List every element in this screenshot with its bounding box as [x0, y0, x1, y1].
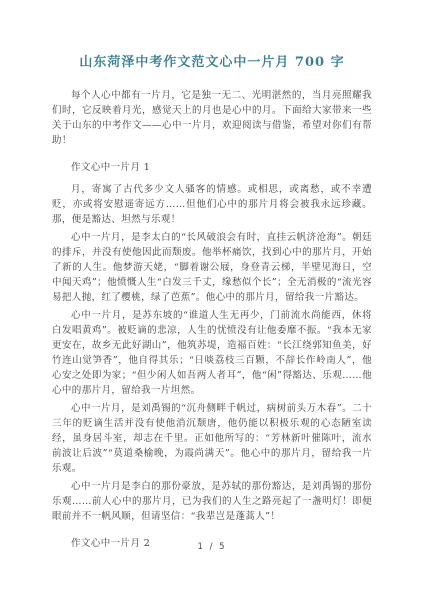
- document-page: 山东菏泽中考作文范文心中一片月 700 字 每个人心中都有一片月，它是独一无二、…: [0, 0, 424, 600]
- document-body: 每个人心中都有一片月，它是独一无二、光明湛然的，当月亮照耀我们时，它反映着月光，…: [52, 88, 372, 551]
- essay-paragraph: 心中一片月，是苏东坡的“谁道人生无再少，门前流水尚能西，休将白发唱黄鸡”。被贬谪…: [52, 308, 372, 398]
- page-number: 1 / 5: [0, 542, 424, 552]
- essay-paragraph: 月，寄寓了古代多少文人骚客的情感。或相思，或离愁，或不幸遭贬，亦或将安慰遥寄远方…: [52, 182, 372, 227]
- section-heading-essay-1: 作文心中一片月 1: [52, 160, 372, 175]
- document-title: 山东菏泽中考作文范文心中一片月 700 字: [52, 54, 372, 72]
- essay-paragraph: 心中一片月，是李太白的“长风破浪会有时，直挂云帆济沧海”。朝廷的排斥，并没有使他…: [52, 230, 372, 305]
- essay-paragraph: 心中一片月是李白的那份豪放，是苏轼的那份豁达，是刘禹锡的那份乐观……前人心中的那…: [52, 479, 372, 524]
- intro-paragraph: 每个人心中都有一片月，它是独一无二、光明湛然的，当月亮照耀我们时，它反映着月光，…: [52, 88, 372, 148]
- essay-paragraph: 心中一片月，是刘禹锡的“沉舟侧畔千帆过，病树前头万木春”。二十三年的贬谪生活并没…: [52, 401, 372, 476]
